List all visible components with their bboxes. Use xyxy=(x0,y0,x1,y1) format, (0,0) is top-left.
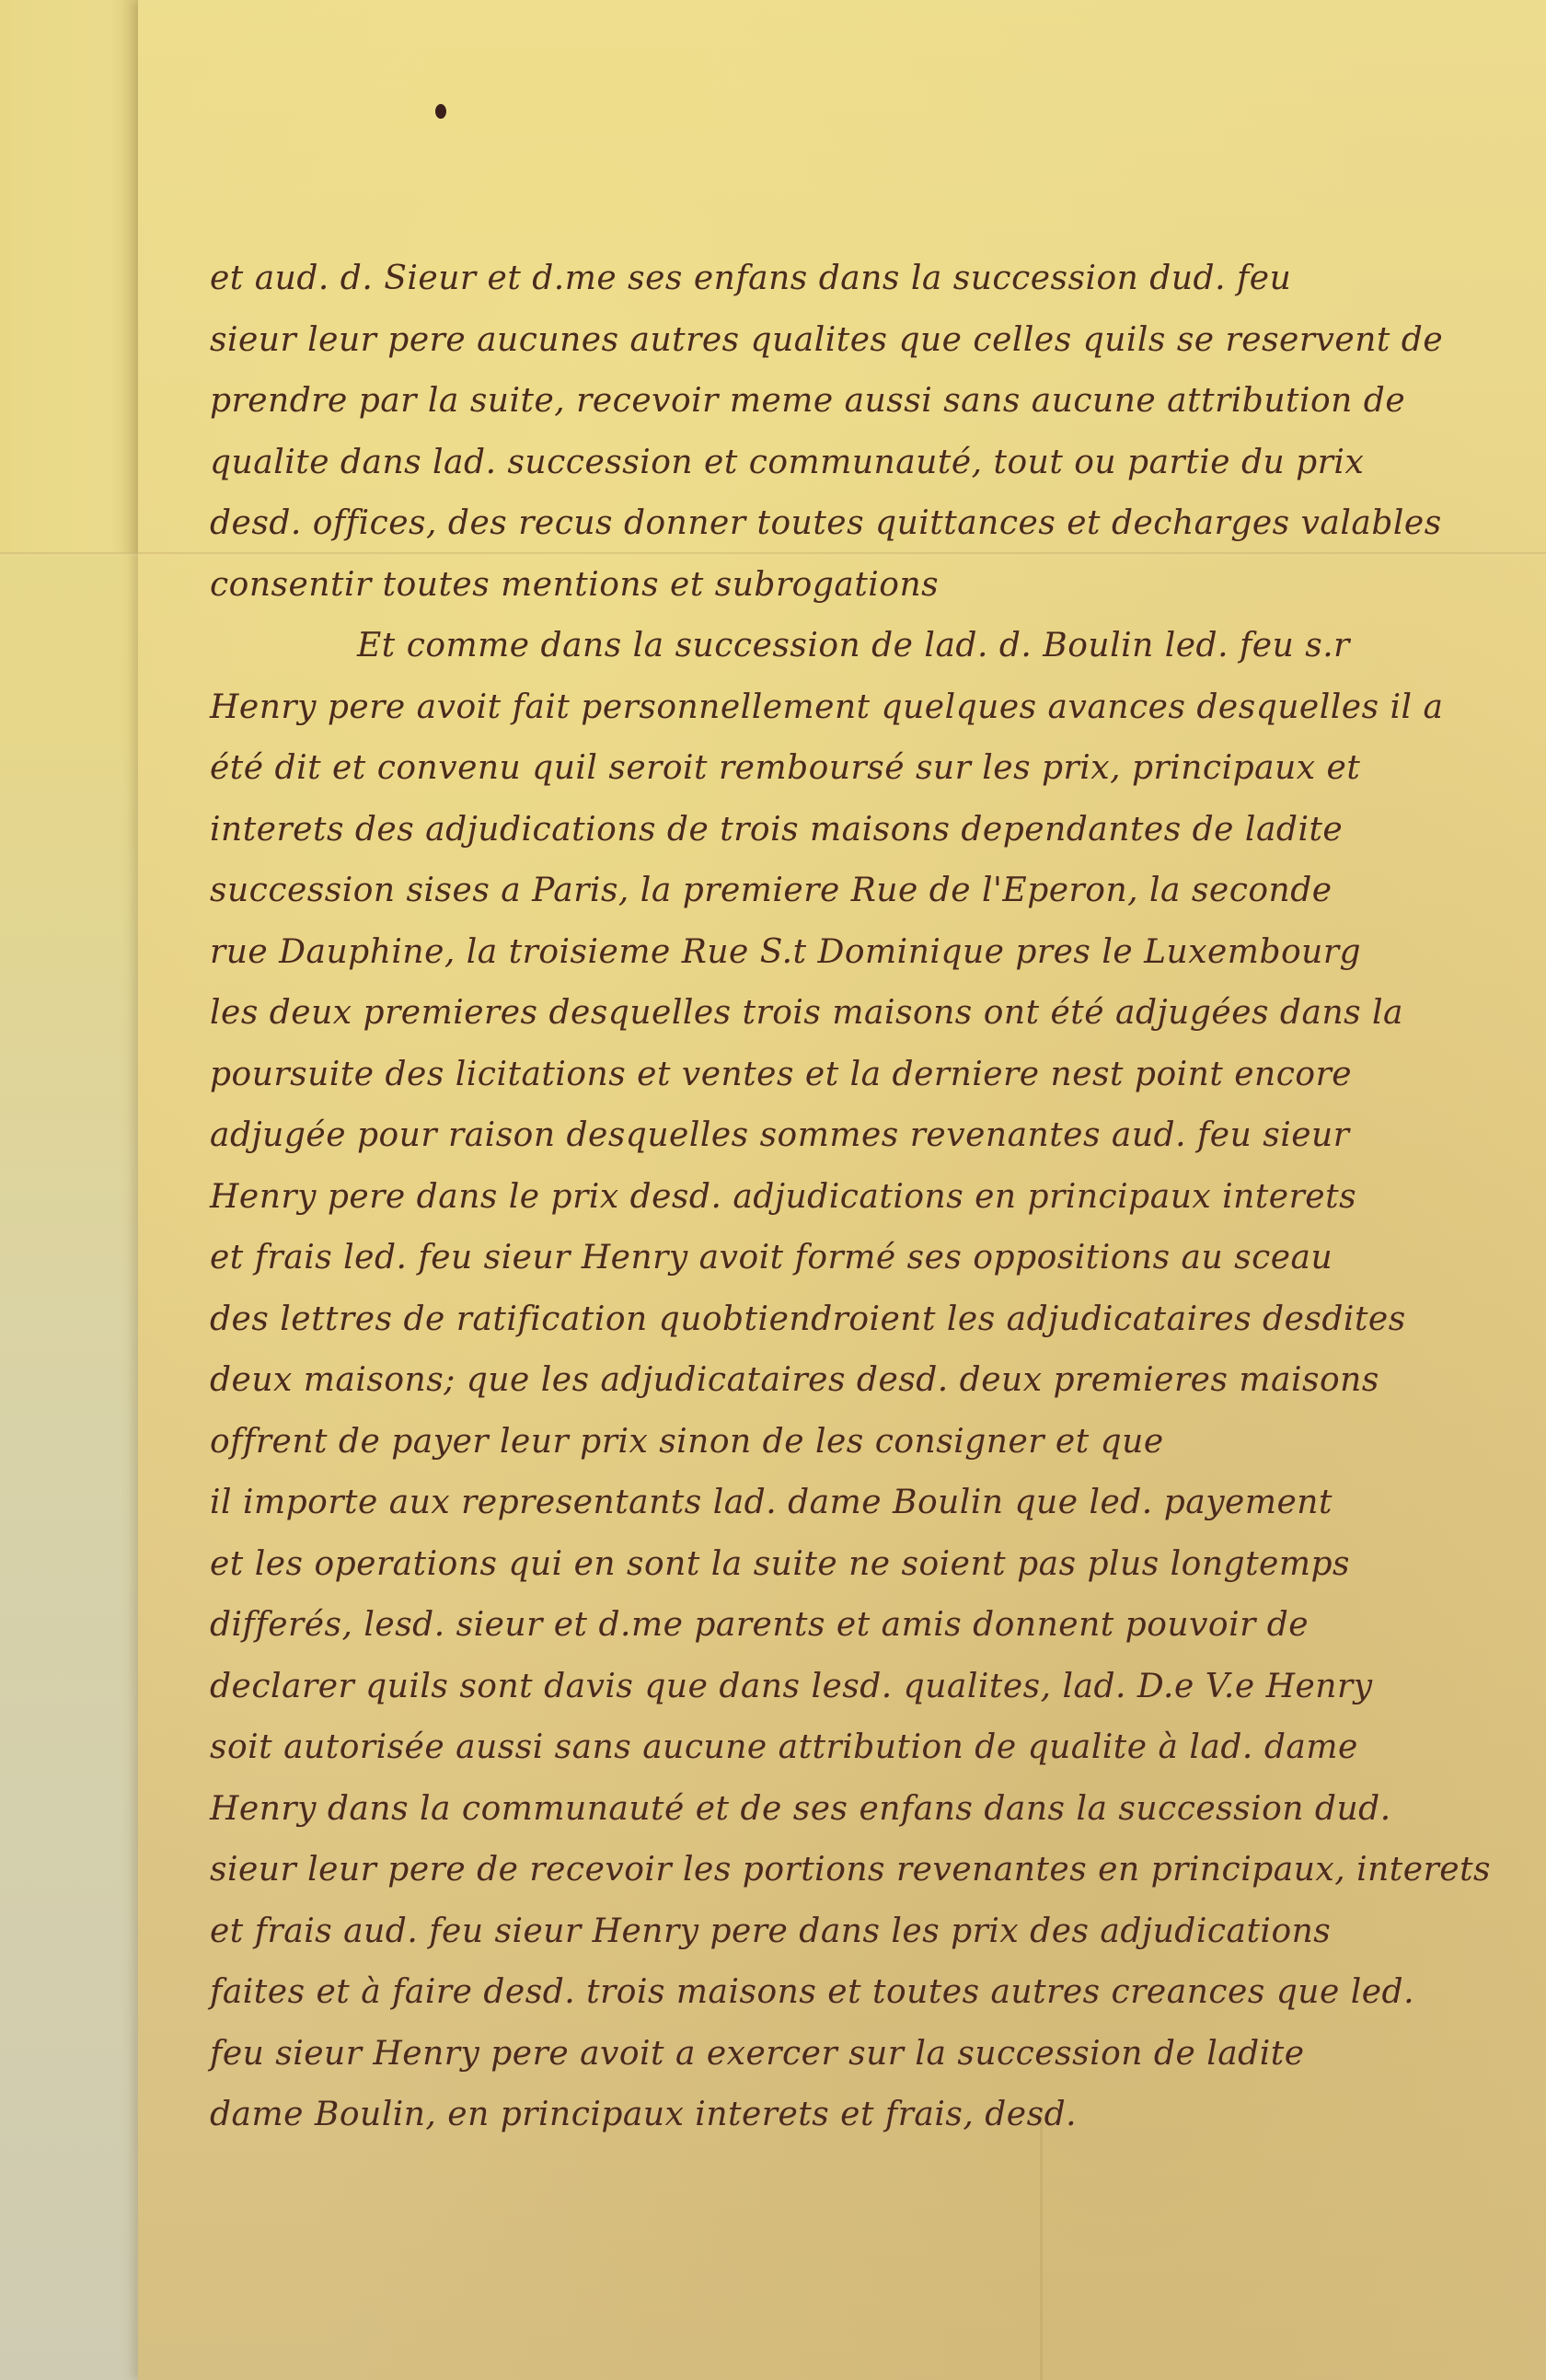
text-line: les deux premieres desquelles trois mais… xyxy=(210,983,1480,1045)
text-line: consentir toutes mentions et subrogation… xyxy=(210,555,1480,617)
text-line: Henry pere avoit fait personnellement qu… xyxy=(210,677,1480,739)
fold-crease-vertical xyxy=(1040,2117,1043,2380)
text-line: sieur leur pere de recevoir les portions… xyxy=(210,1840,1480,1901)
text-line: Henry pere dans le prix desd. adjudicati… xyxy=(210,1167,1480,1229)
handwritten-text: et aud. d. Sieur et d.me ses enfans dans… xyxy=(210,248,1480,2146)
text-line: deux maisons; que les adjudicataires des… xyxy=(210,1350,1480,1412)
underlying-sheet-top xyxy=(0,0,138,552)
text-line: et frais led. feu sieur Henry avoit form… xyxy=(210,1228,1480,1289)
ink-blot xyxy=(435,104,446,119)
text-line: interets des adjudications de trois mais… xyxy=(210,800,1480,861)
text-line: des lettres de ratification quobtiendroi… xyxy=(210,1289,1480,1351)
text-line: adjugée pour raison desquelles sommes re… xyxy=(210,1105,1480,1167)
text-line: rue Dauphine, la troisieme Rue S.t Domin… xyxy=(210,922,1480,984)
text-line: poursuite des licitations et ventes et l… xyxy=(210,1045,1480,1106)
text-line: il importe aux representants lad. dame B… xyxy=(210,1473,1480,1534)
text-line: declarer quils sont davis que dans lesd.… xyxy=(210,1657,1480,1718)
text-line: Et comme dans la succession de lad. d. B… xyxy=(210,616,1480,677)
text-line: differés, lesd. sieur et d.me parents et… xyxy=(210,1595,1480,1657)
text-line: sieur leur pere aucunes autres qualites … xyxy=(210,310,1480,372)
text-line: Henry dans la communauté et de ses enfan… xyxy=(210,1779,1480,1841)
text-line: succession sises a Paris, la premiere Ru… xyxy=(210,861,1480,922)
text-line: et aud. d. Sieur et d.me ses enfans dans… xyxy=(210,248,1480,310)
text-line: et les operations qui en sont la suite n… xyxy=(210,1534,1480,1596)
text-line: feu sieur Henry pere avoit a exercer sur… xyxy=(210,2024,1480,2085)
text-line: offrent de payer leur prix sinon de les … xyxy=(210,1412,1480,1473)
text-line: et frais aud. feu sieur Henry pere dans … xyxy=(210,1901,1480,1963)
text-line: été dit et convenu quil seroit remboursé… xyxy=(210,738,1480,800)
text-line: dame Boulin, en principaux interets et f… xyxy=(210,2085,1480,2146)
text-line: qualite dans lad. succession et communau… xyxy=(210,433,1480,494)
text-line: desd. offices, des recus donner toutes q… xyxy=(210,493,1480,555)
text-line: prendre par la suite, recevoir meme auss… xyxy=(210,371,1480,433)
text-line: faites et à faire desd. trois maisons et… xyxy=(210,1962,1480,2024)
text-line: soit autorisée aussi sans aucune attribu… xyxy=(210,1717,1480,1779)
